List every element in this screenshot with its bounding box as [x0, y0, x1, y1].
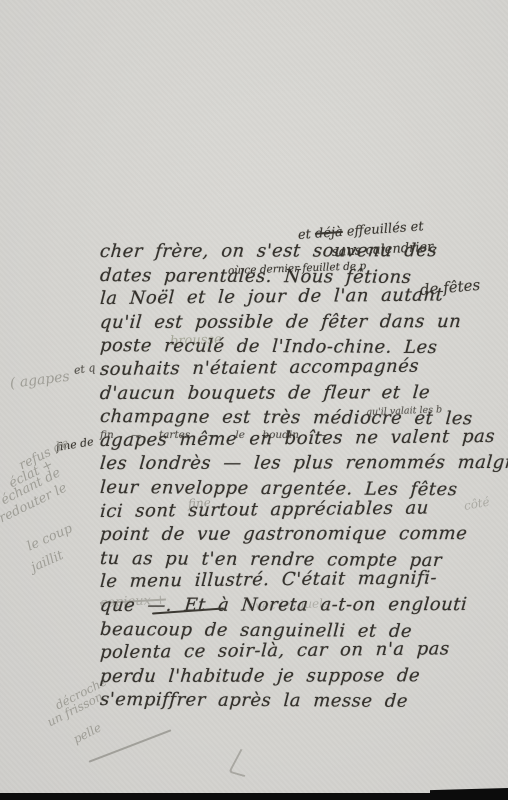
margin-note-bottom-3: pelle	[71, 720, 104, 746]
letter-body: cher frère, on s'est souvenu des dates p…	[100, 240, 504, 712]
letter-line: perdu l'habitude je suppose de	[99, 664, 505, 689]
letter-line: le menu illustré. C'était magnifi-	[99, 566, 504, 594]
note-text: effeuillés et	[342, 219, 424, 240]
letter-line: point de vue gastronomique comme	[99, 522, 505, 547]
pencil-check-mark	[228, 749, 257, 777]
letter-line: d'aucun bouquets de fleur et le	[99, 381, 505, 406]
margin-note-left-5: le coup	[25, 521, 75, 554]
letter-line: qu'il est possible de fêter dans un	[99, 310, 505, 335]
letter-line: ici sont surtout appréciables au	[99, 495, 504, 523]
margin-note-agapes-super: et q	[73, 361, 96, 377]
pencil-stroke	[89, 729, 172, 762]
letter-line: souhaits n'étaient accompagnés	[99, 354, 504, 382]
letter-line: les londrès — les plus renommés malgré	[99, 451, 505, 476]
handwritten-letter-scan: et déjà effeuillés et sans calendrier. o…	[0, 0, 508, 800]
letter-line: la Noël et le jour de l'an autant	[99, 283, 504, 311]
letter-line: polenta ce soir-là, car on n'a pas	[99, 637, 504, 665]
letter-line: agapes même en boîtes ne valent pas	[99, 425, 504, 453]
scan-edge-bar	[0, 793, 508, 800]
letter-line: cher frère, on s'est souvenu des	[99, 239, 505, 264]
margin-note-agapes: ( agapes	[9, 369, 71, 392]
letter-line: s'empiffrer après la messe de	[99, 688, 504, 714]
